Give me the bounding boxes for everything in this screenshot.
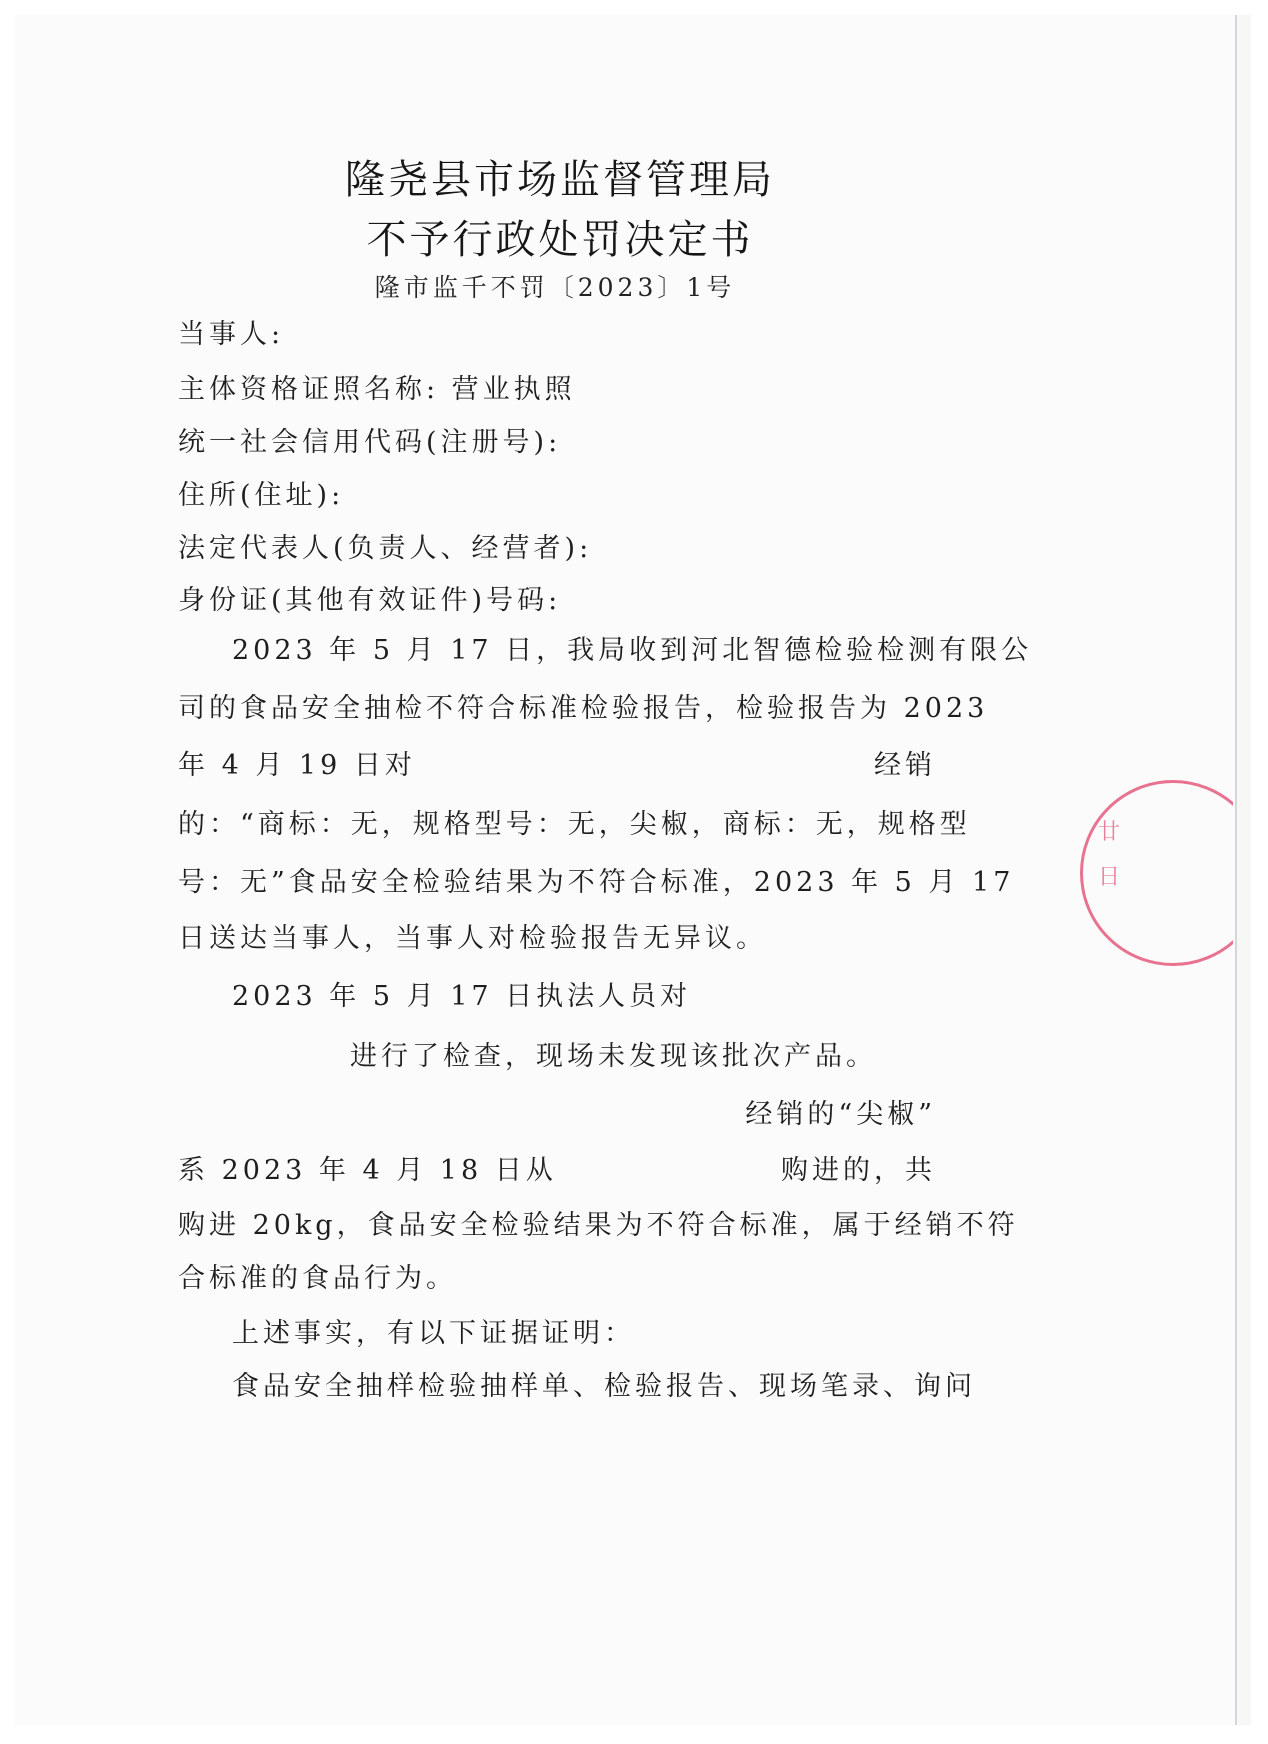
body-line: 经销的“尖椒” xyxy=(745,1092,936,1131)
field-address: 住所(住址): xyxy=(178,473,344,512)
body-line: 日送达当事人，当事人对检验报告无异议。 xyxy=(178,916,767,955)
body-line: 经销 xyxy=(874,743,936,782)
body-line: 购进 20kg，食品安全检验结果为不符合标准，属于经销不符 xyxy=(178,1203,1019,1242)
body-line: 号：无”食品安全检验结果为不符合标准，2023 年 5 月 17 xyxy=(178,860,1014,899)
page-edge xyxy=(1237,15,1251,1725)
body-line: 司的食品安全抽检不符合标准检验报告，检验报告为 2023 xyxy=(178,686,988,725)
body-line: 年 4 月 19 日对 xyxy=(178,743,416,782)
field-party: 当事人: xyxy=(178,312,284,351)
body-line: 的：“商标：无，规格型号：无，尖椒，商标：无，规格型 xyxy=(178,802,971,841)
body-line: 上述事实，有以下证据证明： xyxy=(232,1311,635,1350)
field-license-name: 主体资格证照名称: 营业执照 xyxy=(178,367,576,406)
field-legal-representative: 法定代表人(负责人、经营者): xyxy=(178,526,592,565)
body-line: 2023 年 5 月 17 日执法人员对 xyxy=(232,974,691,1013)
field-credit-code: 统一社会信用代码(注册号): xyxy=(178,420,561,459)
body-line: 购进的，共 xyxy=(781,1148,936,1187)
document-type-title: 不予行政处罚决定书 xyxy=(0,208,1120,265)
body-line: 食品安全抽样检验抽样单、检验报告、现场笔录、询问 xyxy=(232,1364,976,1403)
stamp-char: 日 xyxy=(1098,860,1120,891)
issuing-authority-title: 隆尧县市场监督管理局 xyxy=(0,148,1120,205)
stamp-char: 廿 xyxy=(1098,815,1120,846)
body-line: 系 2023 年 4 月 18 日从 xyxy=(178,1148,557,1187)
document-number: 隆市监千不罚〔2023〕1号 xyxy=(0,268,1110,304)
body-line: 2023 年 5 月 17 日，我局收到河北智德检验检测有限公 xyxy=(232,628,1032,667)
field-id-number: 身份证(其他有效证件)号码: xyxy=(178,578,561,617)
body-line: 合标准的食品行为。 xyxy=(178,1256,457,1295)
body-line: 进行了检查，现场未发现该批次产品。 xyxy=(350,1034,877,1073)
